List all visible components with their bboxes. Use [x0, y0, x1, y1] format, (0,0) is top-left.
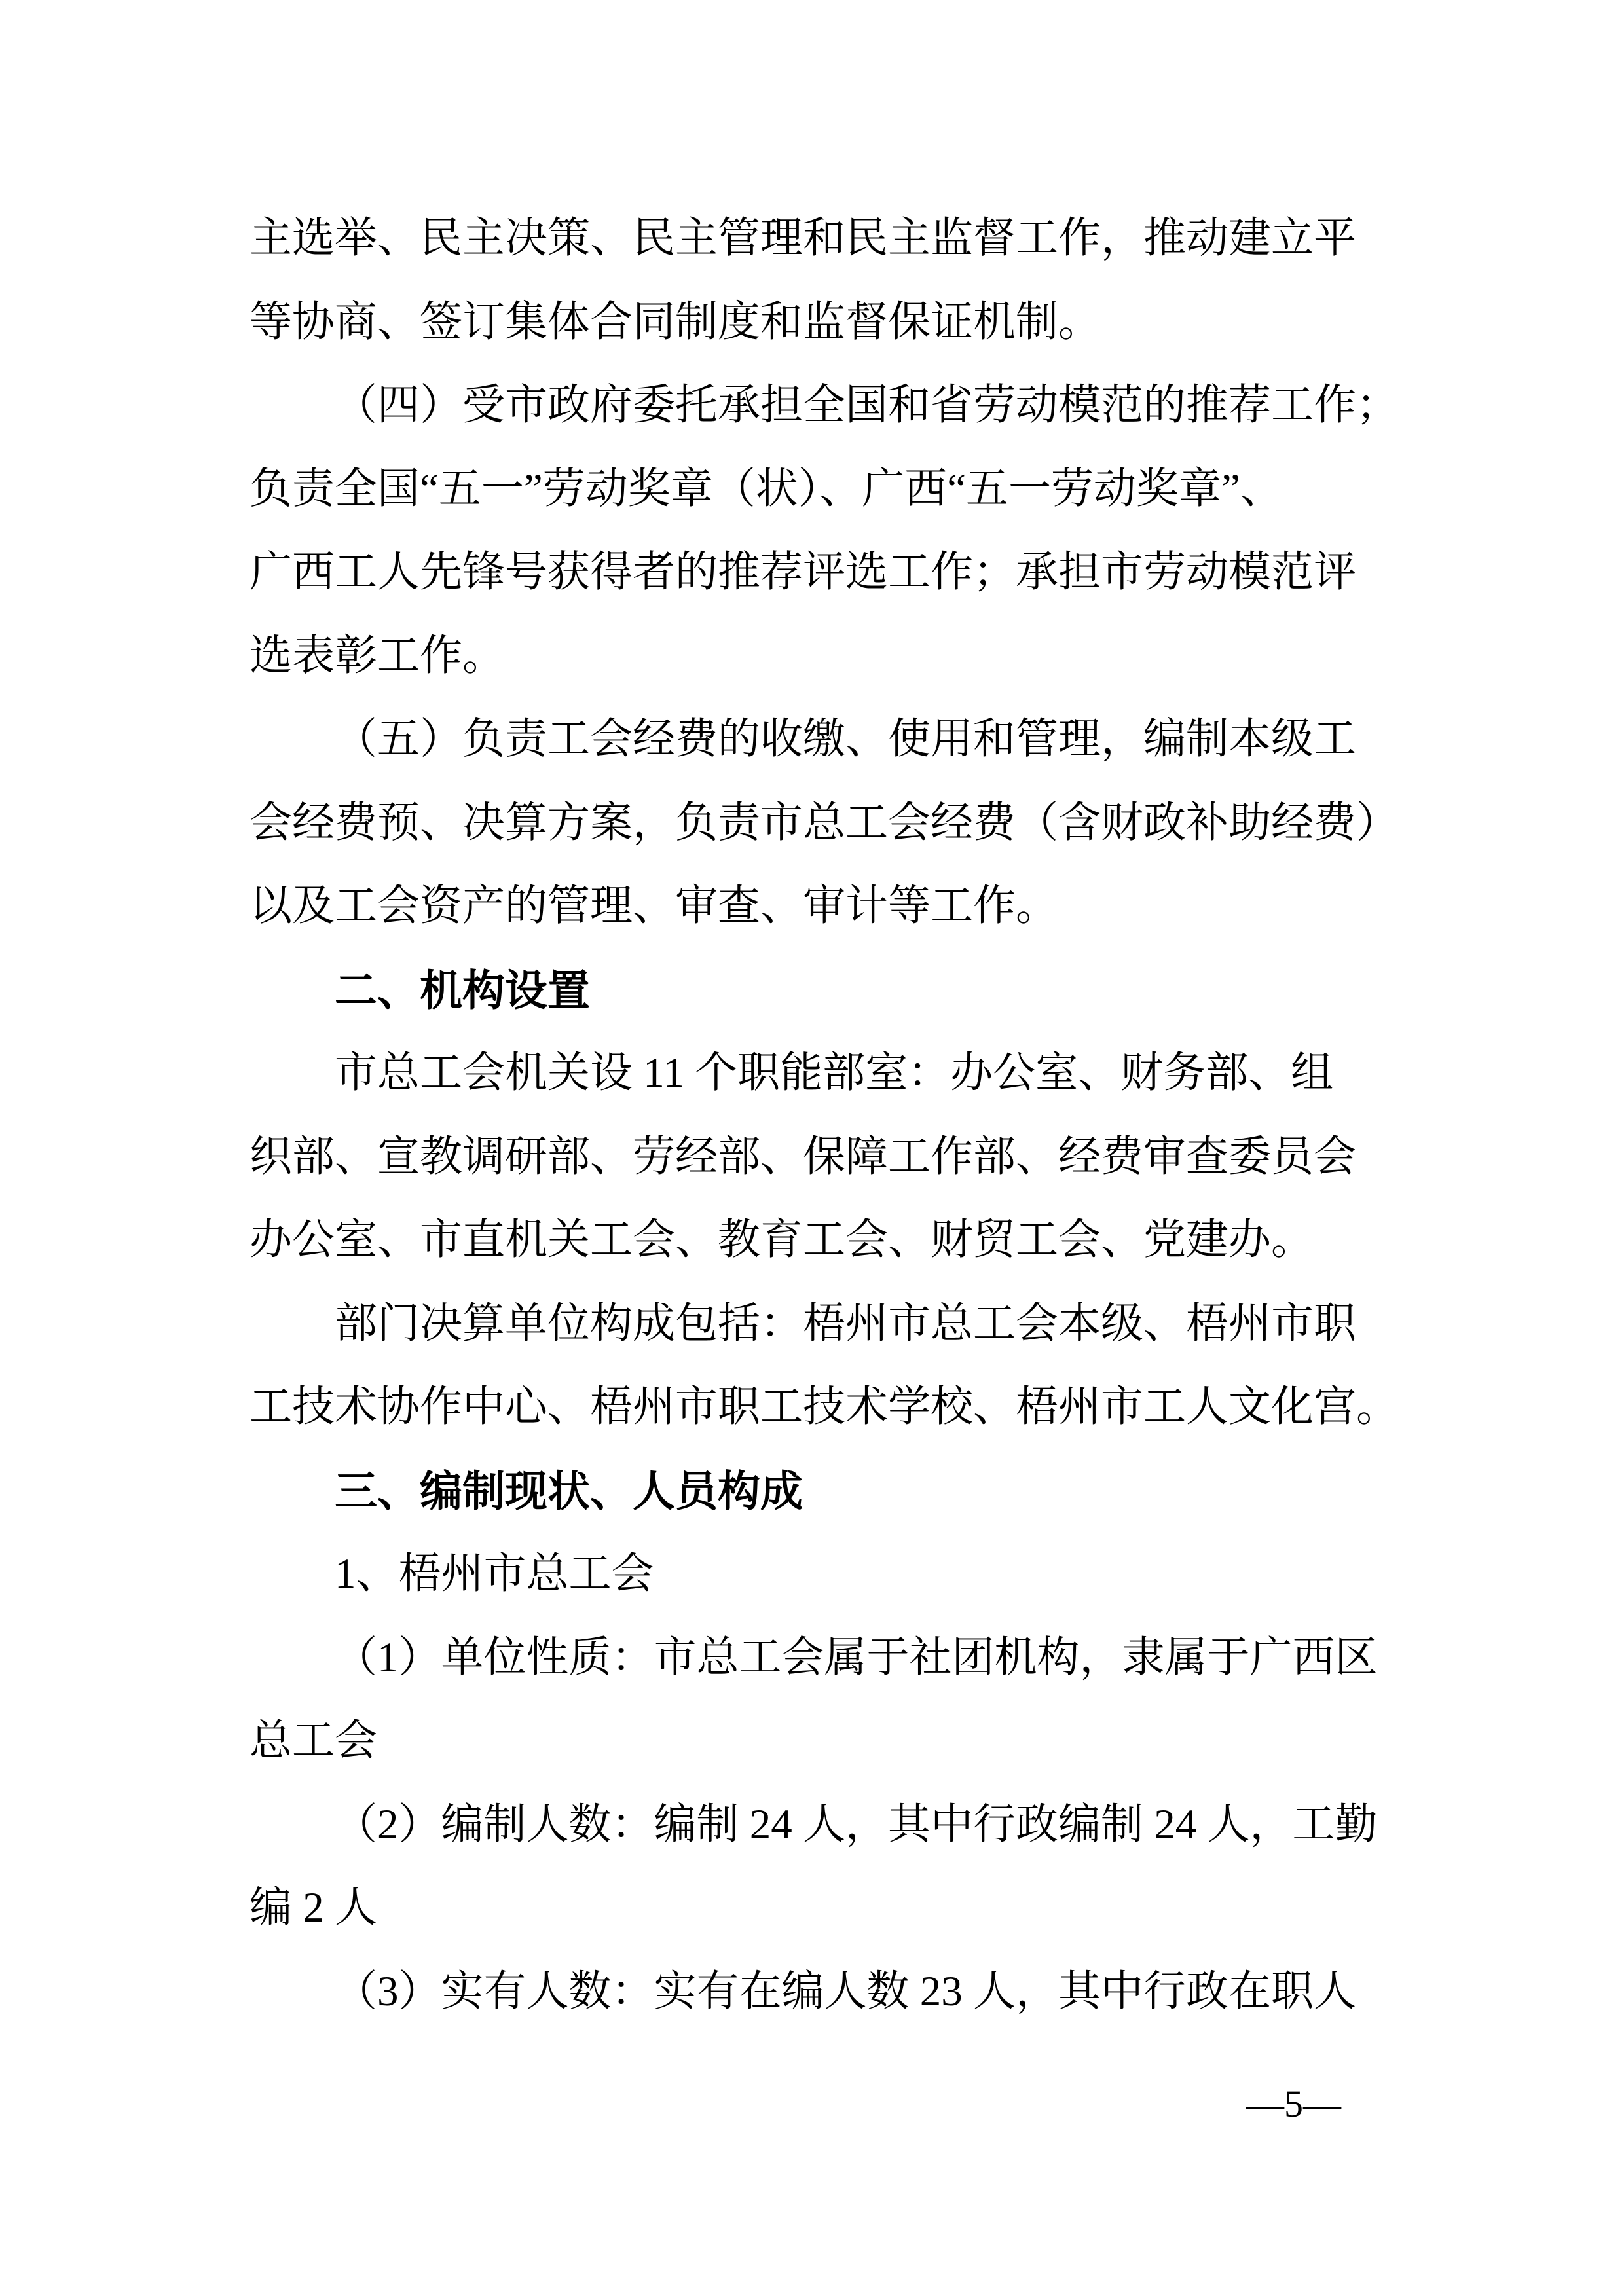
- text-line: 工技术协作中心、梧州市职工技术学校、梧州市工人文化宫。: [249, 1366, 1405, 1449]
- text-line: 等协商、签订集体合同制度和监督保证机制。: [249, 281, 1405, 365]
- text-line: （1）单位性质：市总工会属于社团机构，隶属于广西区: [249, 1616, 1405, 1700]
- text-line: 办公室、市直机关工会、教育工会、财贸工会、党建办。: [249, 1199, 1405, 1283]
- text-line: 编 2 人: [249, 1867, 1405, 1950]
- text-line: 部门决算单位构成包括：梧州市总工会本级、梧州市职: [249, 1283, 1405, 1366]
- text-line: 负责全国“五一”劳动奖章（状）、广西“五一劳动奖章”、: [249, 448, 1405, 532]
- text-line: 主选举、民主决策、民主管理和民主监督工作，推动建立平: [249, 197, 1405, 281]
- section-heading: 三、编制现状、人员构成: [249, 1449, 1405, 1533]
- document-body: 主选举、民主决策、民主管理和民主监督工作，推动建立平 等协商、签订集体合同制度和…: [249, 197, 1405, 2033]
- text-line: （2）编制人数：编制 24 人，其中行政编制 24 人，工勤: [249, 1783, 1405, 1867]
- text-line: 织部、宣教调研部、劳经部、保障工作部、经费审查委员会: [249, 1116, 1405, 1199]
- section-heading: 二、机构设置: [249, 949, 1405, 1032]
- text-line: 以及工会资产的管理、审查、审计等工作。: [249, 865, 1405, 949]
- text-line: （五）负责工会经费的收缴、使用和管理，编制本级工: [249, 698, 1405, 782]
- text-line: 广西工人先锋号获得者的推荐评选工作；承担市劳动模范评: [249, 531, 1405, 615]
- text-line: 会经费预、决算方案，负责市总工会经费（含财政补助经费）: [249, 782, 1405, 866]
- text-line: 选表彰工作。: [249, 615, 1405, 699]
- text-line: 1、梧州市总工会: [249, 1533, 1405, 1616]
- text-line: 总工会: [249, 1700, 1405, 1783]
- text-line: 市总工会机关设 11 个职能部室：办公室、财务部、组: [249, 1032, 1405, 1116]
- document-page: 主选举、民主决策、民主管理和民主监督工作，推动建立平 等协商、签订集体合同制度和…: [0, 0, 1624, 2296]
- page-number: —5—: [1246, 2081, 1341, 2128]
- text-line: （3）实有人数：实有在编人数 23 人，其中行政在职人: [249, 1950, 1405, 2034]
- text-line: （四）受市政府委托承担全国和省劳动模范的推荐工作；: [249, 364, 1405, 448]
